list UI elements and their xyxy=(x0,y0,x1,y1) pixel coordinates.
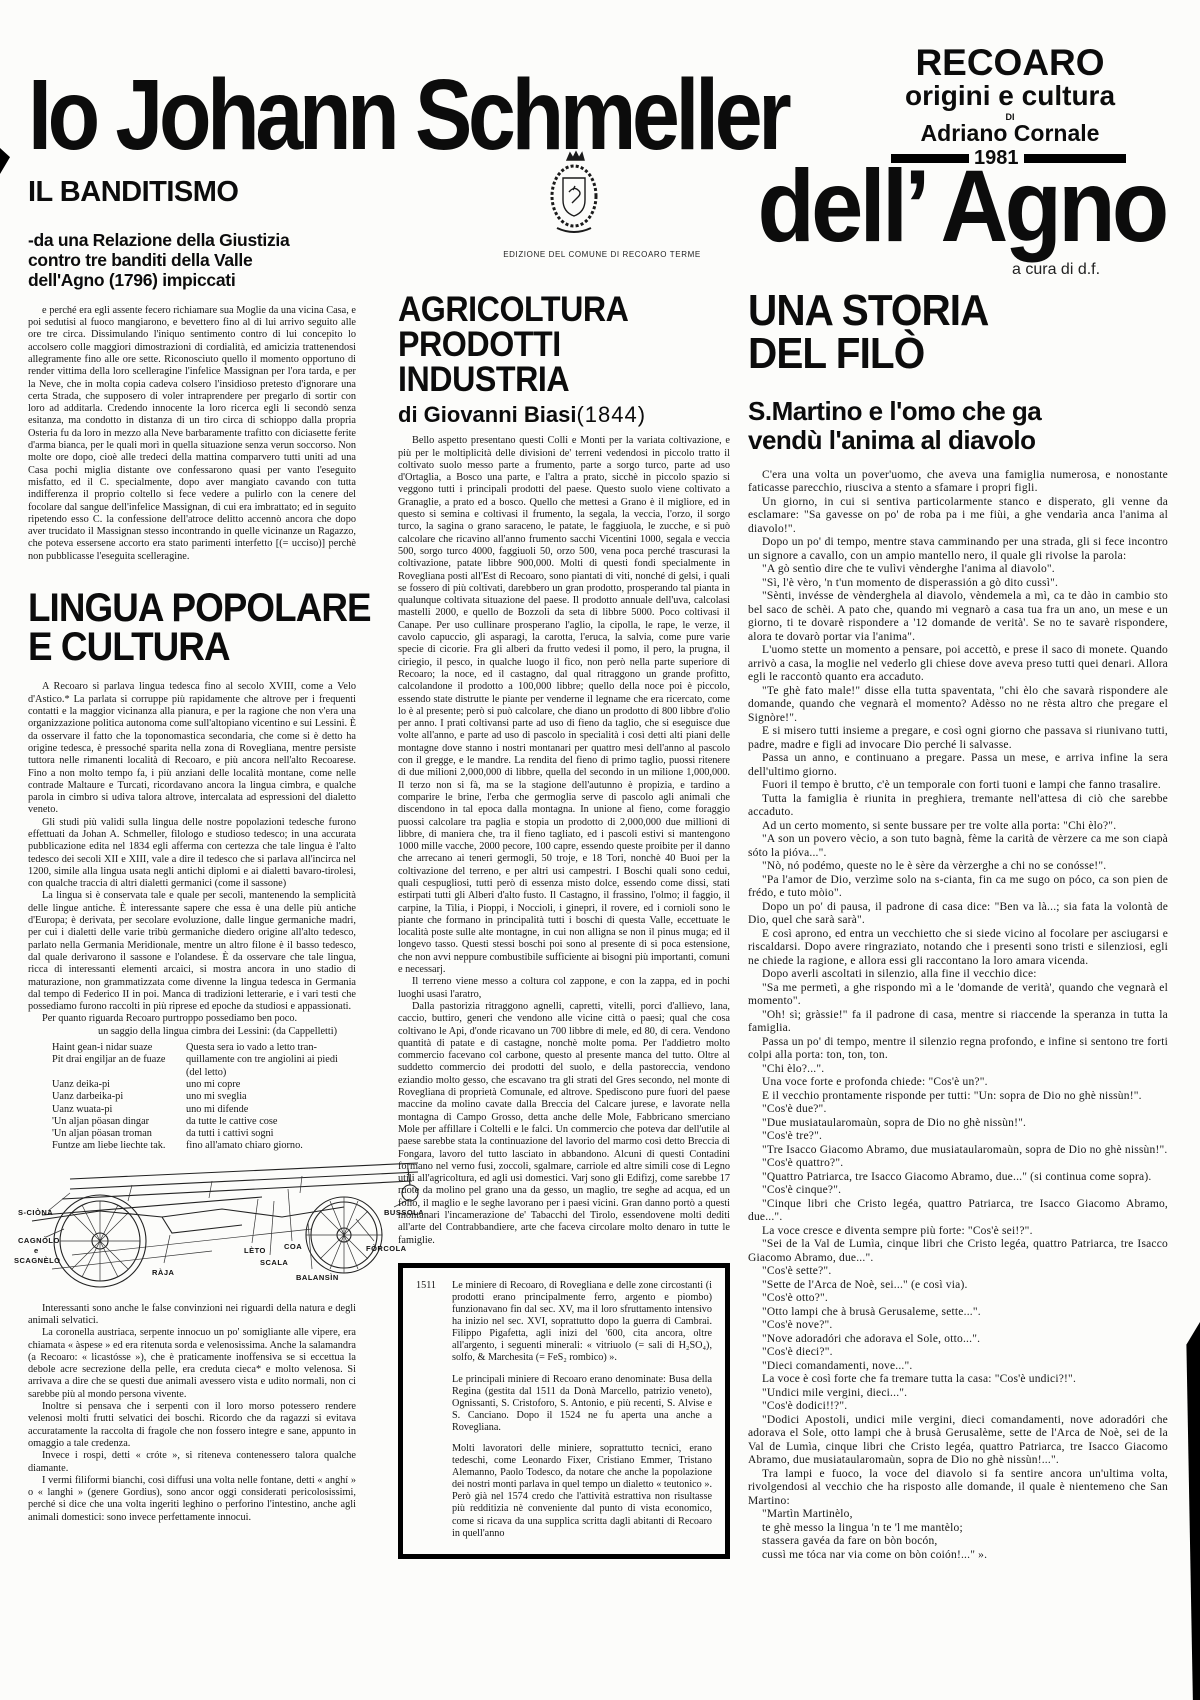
paragraph: "Nò, nó podémo, queste no le è sère da v… xyxy=(748,860,1168,874)
paragraph: "Sette de l'Arca de Noè, sei..." (e così… xyxy=(748,1279,1168,1293)
paragraph: Tra lampi e fuoco, la voce del diavolo s… xyxy=(748,1468,1168,1509)
paragraph: Gli studi più validi sulla lingua delle … xyxy=(28,817,356,891)
storia-body: C'era una volta un pover'uomo, che aveva… xyxy=(748,469,1168,1563)
wagon-diagram: S-CIÒNA CAGNÒLO e SCAGNÈLO RÀJA LÈTO SCA… xyxy=(12,1159,424,1299)
paragraph: "Sènti, invésse de vènderghela al diavol… xyxy=(748,590,1168,644)
paragraph: "Chi èlo?...". xyxy=(748,1063,1168,1077)
verse-cimbro: Funtze am liebe liechte tak. xyxy=(28,1140,186,1152)
paragraph: La coronella austriaca, serpente innocuo… xyxy=(28,1327,356,1401)
paragraph: La lingua si è conservata tale e quale p… xyxy=(28,890,356,1013)
brand-year-row: 1981 xyxy=(891,148,1126,168)
verse-cimbro: Haint gean-i nidar suaze xyxy=(28,1042,186,1054)
paragraph: "Cos'è dieci?". xyxy=(748,1346,1168,1360)
verse-cimbro: Uanz wuata-pi xyxy=(28,1104,186,1116)
miniere-year: 1511 xyxy=(416,1280,452,1292)
paragraph: "Dieci comandamenti, nove...". xyxy=(748,1360,1168,1374)
paragraph: E così aprono, ed entra un vecchietto ch… xyxy=(748,928,1168,969)
miniere-paragraph: Le principali miniere di Recoaro erano d… xyxy=(416,1374,712,1434)
paragraph: "Cos'è sette?". xyxy=(748,1265,1168,1279)
verse-italiano: fino all'amato chiaro giorno. xyxy=(186,1140,356,1152)
storia-title: UNA STORIADEL FILÒ xyxy=(748,290,1134,375)
paragraph: "Tre Isacco Giacomo Abramo, due musiatau… xyxy=(748,1144,1168,1158)
agricoltura-body: Bello aspetto presentano questi Colli e … xyxy=(398,435,730,1247)
paragraph: "A gò sentìo dire che te vulìvi vèndergh… xyxy=(748,563,1168,577)
paragraph: "Otto lampi che à brusà Gerusaleme, sett… xyxy=(748,1306,1168,1320)
paragraph: e perché era egli assente fecero richiam… xyxy=(28,305,356,563)
paragraph: "Cos'è due?". xyxy=(748,1103,1168,1117)
paragraph: "Nove adoradóri che adorava el Sole, ott… xyxy=(748,1333,1168,1347)
verse-italiano: uno mi copre xyxy=(186,1079,356,1091)
paragraph: I vermi filiformi bianchi, così diffusi … xyxy=(28,1475,356,1524)
brand-bar-left xyxy=(891,154,969,163)
paragraph: Dopo averli ascoltati in silenzio, alla … xyxy=(748,968,1168,982)
paragraph: Bello aspetto presentano questi Colli e … xyxy=(398,435,730,976)
paragraph: "Cos'è cinque?". xyxy=(748,1184,1168,1198)
verse-italiano: da tutte le cattive cose xyxy=(186,1116,356,1128)
paragraph: Fuori il tempo è brutto, c'è un temporal… xyxy=(748,779,1168,793)
main-title-line1: Io Johann Schmeller xyxy=(28,58,787,173)
paragraph: Una voce forte e profonda chiede: "Cos'è… xyxy=(748,1076,1168,1090)
byline-year: (1844) xyxy=(576,402,646,427)
paragraph: E si misero tutti insieme a pregare, e c… xyxy=(748,725,1168,752)
cimbrian-verse: Haint gean-i nidar suazeQuesta sera io v… xyxy=(28,1042,356,1153)
verse-italiano: uno mi sveglia xyxy=(186,1091,356,1103)
paragraph: "Martìn Martinèlo, xyxy=(748,1508,1168,1522)
lingua-title: LINGUA POPOLAREE CULTURA xyxy=(28,589,330,667)
paragraph: Tutta la famiglia è riunita in preghiera… xyxy=(748,793,1168,820)
paragraph: E il vecchio prontamente risponde per tu… xyxy=(748,1090,1168,1104)
verse-cimbro: 'Un aljan pöasan troman xyxy=(28,1128,186,1140)
comune-crest xyxy=(543,148,605,236)
verse-cimbro: 'Un aljan pöasan dingar xyxy=(28,1116,186,1128)
page-edge-shadow xyxy=(1183,1322,1200,1700)
paragraph: "Due musiataularomaùn, sopra de Dio no g… xyxy=(748,1117,1168,1131)
brand-author: Adriano Cornale xyxy=(845,122,1175,145)
banditismo-body: e perché era egli assente fecero richiam… xyxy=(28,305,356,563)
verse-italiano: quillamente con tre angiolini ai piedi xyxy=(186,1054,356,1066)
miniere-paragraph: 1511Le miniere di Recoaro, di Rovegliana… xyxy=(416,1280,712,1365)
column-agricoltura: AGRICOLTURAPRODOTTIINDUSTRIA di Giovanni… xyxy=(398,292,730,1559)
paragraph: "Cos'è quattro?". xyxy=(748,1157,1168,1171)
paragraph: "Cos'è otto?". xyxy=(748,1292,1168,1306)
paragraph: "Sì, l'è vèro, 'n t'un momento de disper… xyxy=(748,577,1168,591)
paragraph: La voce è così forte che fa tremare tutt… xyxy=(748,1373,1168,1387)
curator-credit: a cura di d.f. xyxy=(1012,261,1100,279)
verse-italiano: (del letto) xyxy=(186,1067,356,1079)
paragraph: "Oh! sì; gràssie!" fa il padrone di casa… xyxy=(748,1009,1168,1036)
wagon-label-cagnolo: CAGNÒLO xyxy=(18,1236,60,1245)
verse-italiano: Questa sera io vado a letto tran- xyxy=(186,1042,356,1054)
paragraph: Invece i rospi, detti « cróte », si rite… xyxy=(28,1450,356,1475)
paragraph: Il terreno viene messo a coltura col zap… xyxy=(398,976,730,1001)
paragraph: "A son un povero vècio, a son tuto bagnà… xyxy=(748,833,1168,860)
paragraph: La voce cresce e diventa sempre più fort… xyxy=(748,1225,1168,1239)
wagon-label-e: e xyxy=(34,1246,39,1255)
newspaper-page: Io Johann Schmeller dell’ Agno RECOARO o… xyxy=(0,0,1200,1700)
wagon-label-raja: RÀJA xyxy=(152,1268,175,1277)
page-corner-mark xyxy=(0,148,10,174)
paragraph: "Undici mile vergini, dieci...". xyxy=(748,1387,1168,1401)
verse-italiano: uno mi difende xyxy=(186,1104,356,1116)
paragraph: Interessanti sono anche le false convinz… xyxy=(28,1303,356,1328)
agricoltura-title: AGRICOLTURAPRODOTTIINDUSTRIA xyxy=(398,292,703,397)
column-storia-filo: UNA STORIADEL FILÒ S.Martino e l'omo che… xyxy=(748,290,1168,1562)
paragraph: "Pa l'amor de Dio, verzìme solo na s-cia… xyxy=(748,874,1168,901)
paragraph: "Dodici Apostoli, undici mile vergini, d… xyxy=(748,1414,1168,1468)
paragraph: te ghè messo la lingua 'n te 'l me mantè… xyxy=(748,1522,1168,1536)
paragraph: Dopo un po' di pausa, il padrone di casa… xyxy=(748,901,1168,928)
paragraph: stassera gavéa da fare on bòn bocón, xyxy=(748,1535,1168,1549)
lingua-body: A Recoaro si parlava lingua tedesca fino… xyxy=(28,681,356,1025)
paragraph: L'uomo stette un momento a pensare, poi … xyxy=(748,644,1168,685)
paragraph: Passa un anno, e continuano a pregare. P… xyxy=(748,752,1168,779)
wagon-label-coa: COA xyxy=(284,1242,302,1251)
saggio-caption: un saggio della lingua cimbra dei Lessin… xyxy=(28,1026,356,1038)
wagon-label-scagnelo: SCAGNÈLO xyxy=(14,1256,61,1265)
paragraph: "Cinque libri che Cristo legéa, quattro … xyxy=(748,1198,1168,1225)
column-banditismo-lingua: IL BANDITISMO -da una Relazione della Gi… xyxy=(28,178,356,1524)
banditismo-subtitle: -da una Relazione della Giustizia contro… xyxy=(28,231,328,291)
storia-subtitle: S.Martino e l'omo che gavendù l'anima al… xyxy=(748,397,1168,454)
miniere-note-box: 1511Le miniere di Recoaro, di Rovegliana… xyxy=(398,1263,730,1559)
brand-block: RECOARO origini e cultura DI Adriano Cor… xyxy=(845,44,1175,168)
paragraph: Dopo un po' di tempo, mentre stava cammi… xyxy=(748,536,1168,563)
miniere-paragraph: Molti lavoratori delle miniere, soprattu… xyxy=(416,1443,712,1540)
paragraph: "Cos'è dodici!!?". xyxy=(748,1400,1168,1414)
paragraph: "Quattro Patriarca, tre Isacco Giacomo A… xyxy=(748,1171,1168,1185)
paragraph: "Cos'è nove?". xyxy=(748,1319,1168,1333)
verse-cimbro: Pit drai engiljar an de fuaze xyxy=(28,1054,186,1066)
paragraph: A Recoaro si parlava lingua tedesca fino… xyxy=(28,681,356,816)
wagon-label-scala: SCALA xyxy=(260,1258,288,1267)
agricoltura-byline: di Giovanni Biasi(1844) xyxy=(398,409,730,421)
brand-year: 1981 xyxy=(969,148,1024,168)
verse-italiano: da tutti i cattivi sogni xyxy=(186,1128,356,1140)
wagon-label-balansin: BALANSÌN xyxy=(296,1273,339,1282)
paragraph: Per quanto riguarda Recoaro purtroppo po… xyxy=(28,1013,356,1025)
paragraph: "Sei de la Val de Lumìa, cinque libri ch… xyxy=(748,1238,1168,1265)
fauna-body: Interessanti sono anche le false convinz… xyxy=(28,1303,356,1524)
edition-caption: EDIZIONE DEL COMUNE DI RECOARO TERME xyxy=(438,250,766,259)
paragraph: "Sa me permetì, a ghe rispondo mì a le '… xyxy=(748,982,1168,1009)
wagon-label-sciona: S-CIÒNA xyxy=(18,1208,53,1217)
paragraph: Un giorno, in cui si sentiva particolarm… xyxy=(748,496,1168,537)
paragraph: Ad un certo momento, si sente bussare pe… xyxy=(748,820,1168,834)
paragraph: "Cos'è tre?". xyxy=(748,1130,1168,1144)
brand-bar-right xyxy=(1024,154,1127,163)
verse-cimbro: Uanz deika-pi xyxy=(28,1079,186,1091)
brand-recoaro: RECOARO xyxy=(845,44,1175,81)
paragraph: Inoltre si pensava che i serpenti con il… xyxy=(28,1401,356,1450)
verse-cimbro xyxy=(28,1067,186,1079)
wagon-label-leto: LÈTO xyxy=(244,1246,266,1255)
paragraph: C'era una volta un pover'uomo, che aveva… xyxy=(748,469,1168,496)
banditismo-title: IL BANDITISMO xyxy=(28,178,356,207)
paragraph: "Te ghè fato male!" disse ella tutta spa… xyxy=(748,685,1168,726)
paragraph: Dalla pastorizia ritraggono agnelli, cap… xyxy=(398,1001,730,1247)
paragraph: Passa un po' di tempo, mentre il silenzi… xyxy=(748,1036,1168,1063)
brand-origini: origini e cultura xyxy=(845,81,1175,110)
paragraph: cussì me tóca nar via come on bòn coión!… xyxy=(748,1549,1168,1563)
verse-cimbro: Uanz darbeika-pi xyxy=(28,1091,186,1103)
